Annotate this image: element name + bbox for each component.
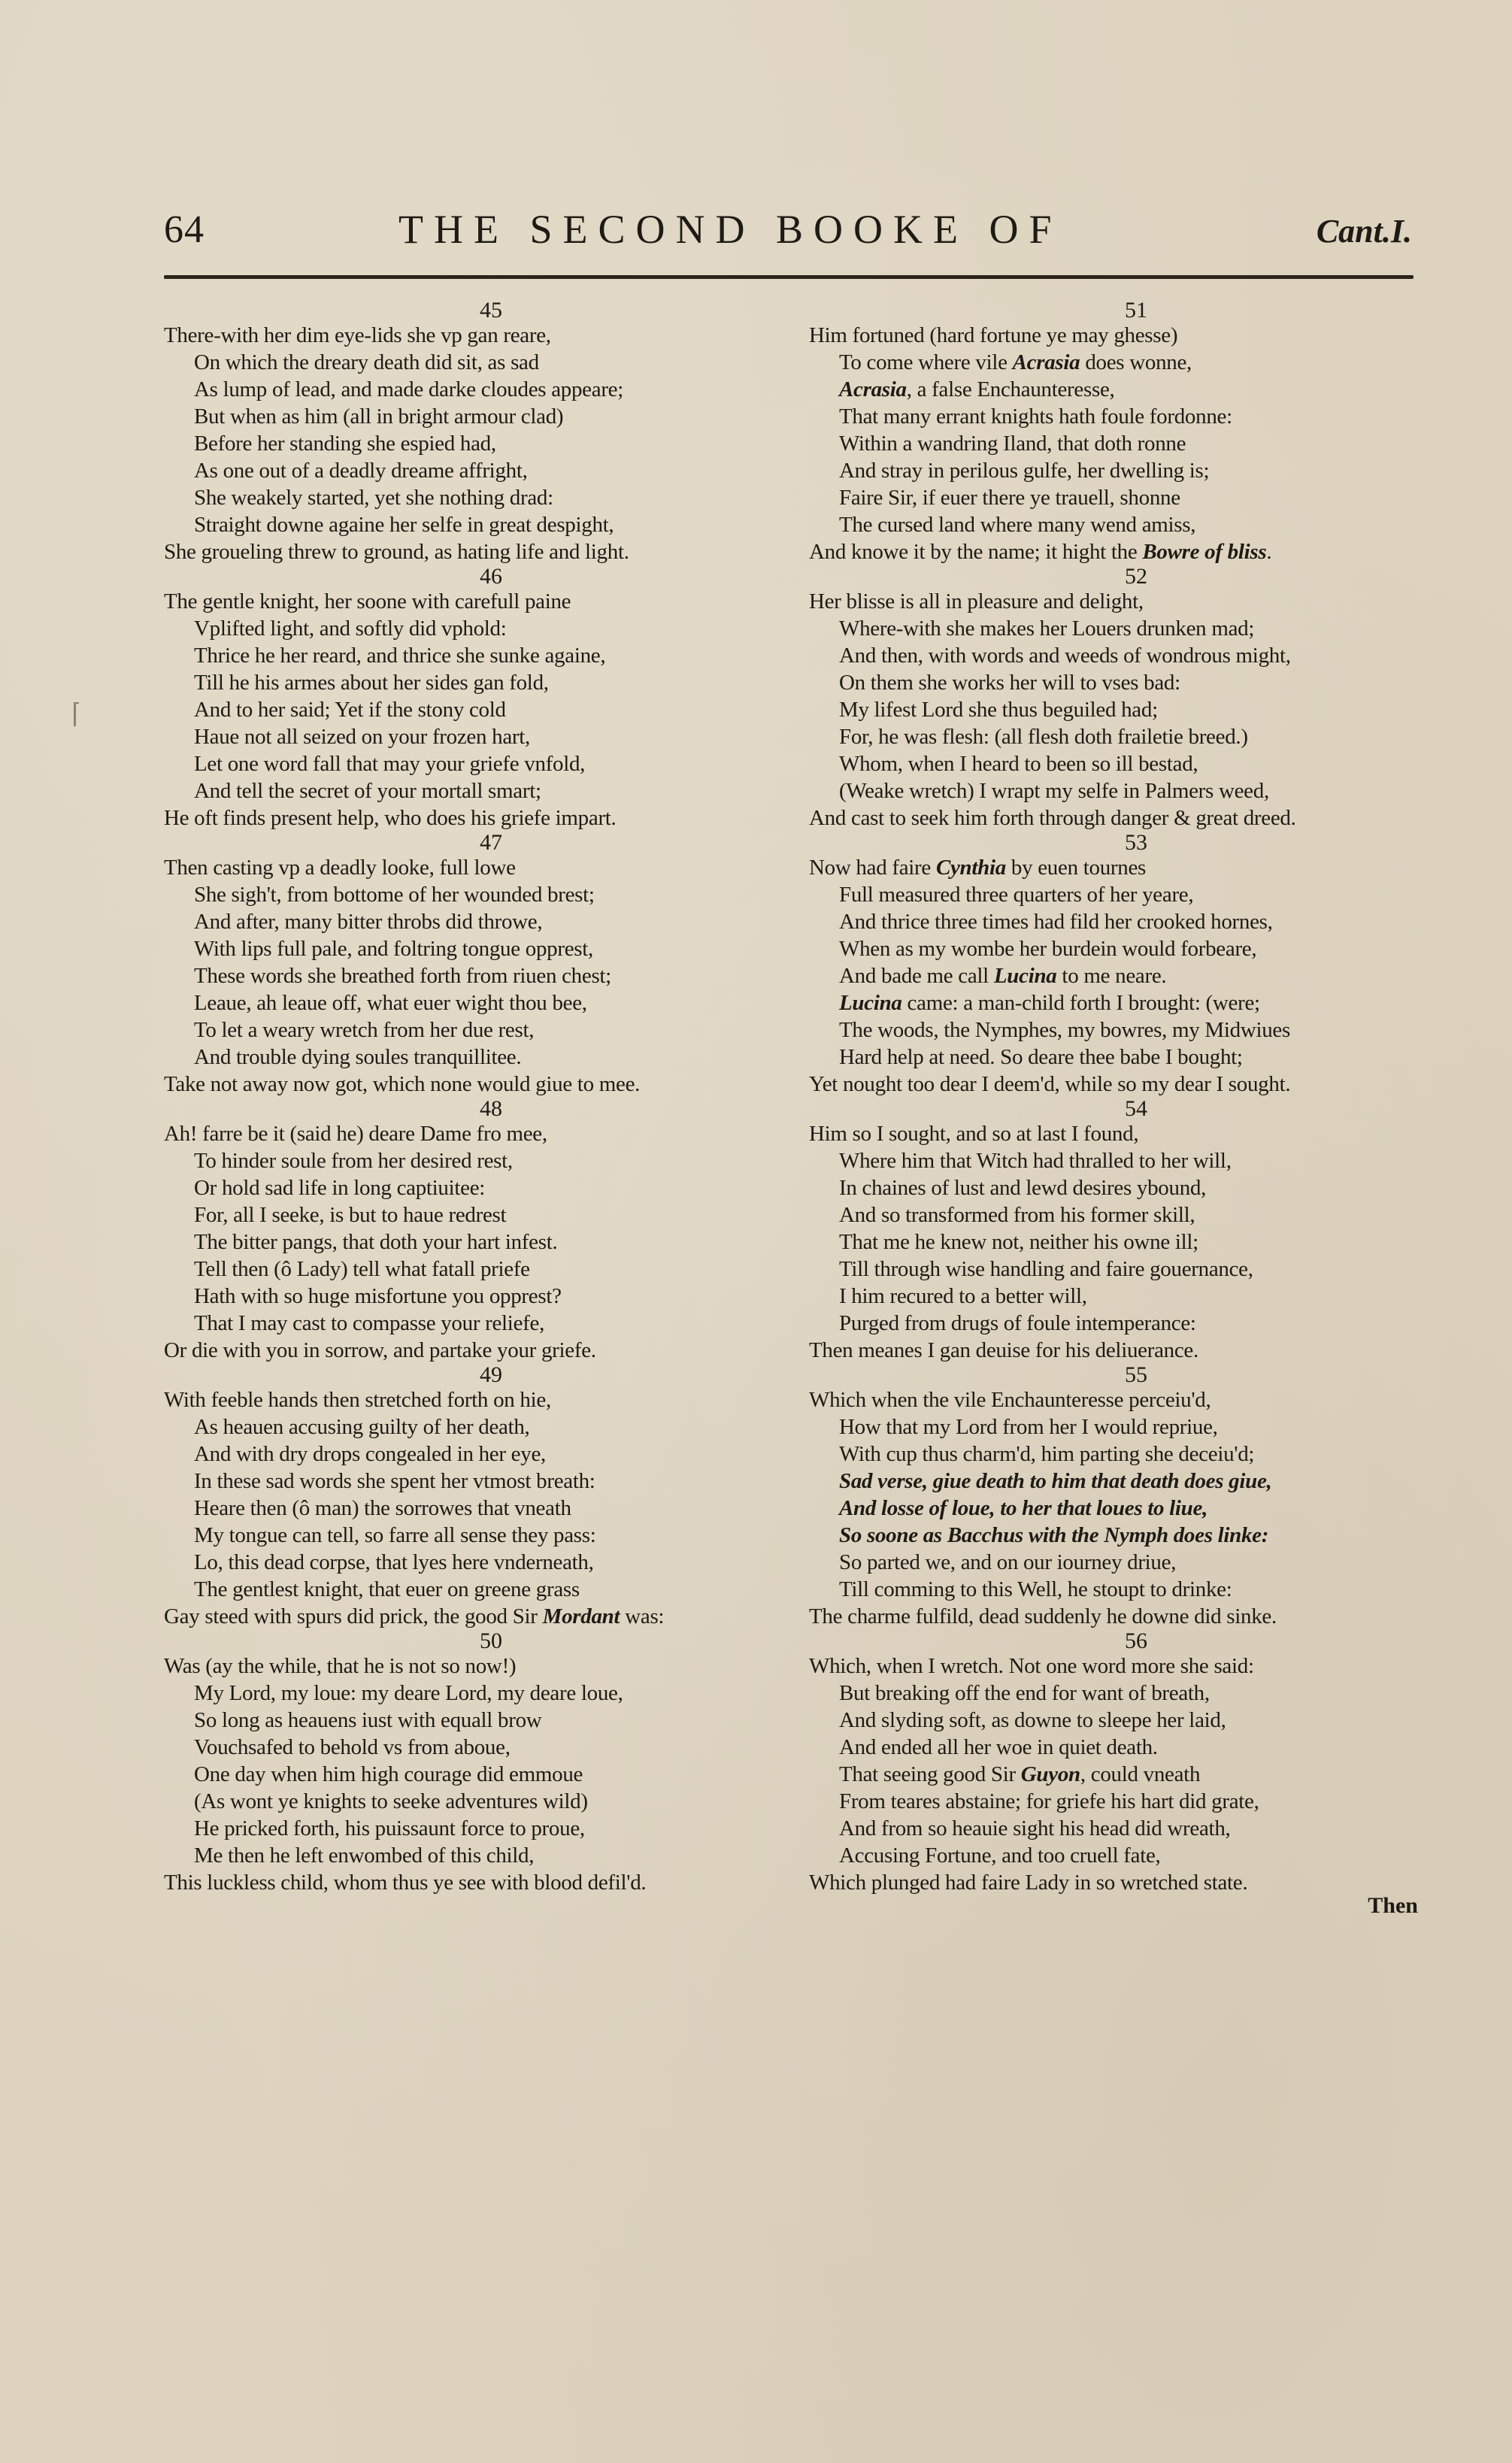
verse-line: And so transformed from his former skill… [809,1201,1433,1228]
verse-line: Was (ay the while, that he is not so now… [164,1653,788,1680]
verse-line: As lump of lead, and made darke cloudes … [164,376,788,403]
verse-line: Before her standing she espied had, [164,430,788,457]
verse-line: As one out of a deadly dreame affright, [164,457,788,484]
stanza: 54Him so I sought, and so at last I foun… [809,1098,1433,1364]
verse-line: Which plunged had faire Lady in so wretc… [809,1869,1433,1896]
verse-line: That seeing good Sir Guyon, could vneath [809,1761,1433,1788]
verse-line: And from so heauie sight his head did wr… [809,1815,1433,1842]
stanza: 47Then casting vp a deadly looke, full l… [164,832,788,1098]
stanza-number: 48 [164,1098,788,1120]
verse-line: And thrice three times had fild her croo… [809,908,1433,935]
verse-line: Him so I sought, and so at last I found, [809,1120,1433,1147]
margin-bracket-mark [74,702,79,726]
verse-line: Leaue, ah leaue off, what euer wight tho… [164,989,788,1016]
verse-line: Till through wise handling and faire gou… [809,1256,1433,1283]
italic-name: Lucina [839,991,902,1015]
verse-line: The cursed land where many wend amiss, [809,511,1433,538]
verse-line: And cast to seek him forth through dange… [809,804,1433,832]
running-head: 64 THE SECOND BOOKE OF Cant.I. [164,201,1412,262]
verse-line: That me he knew not, neither his owne il… [809,1228,1433,1256]
verse-line: (Weake wretch) I wrapt my selfe in Palme… [809,777,1433,804]
verse-line: As heauen accusing guilty of her death, [164,1413,788,1441]
verse-line: Heare then (ô man) the sorrowes that vne… [164,1495,788,1522]
verse-line: Whom, when I heard to been so ill bestad… [809,750,1433,777]
verse-line: With feeble hands then stretched forth o… [164,1386,788,1413]
verse-line: The charme fulfild, dead suddenly he dow… [809,1603,1433,1630]
verse-line: For, he was flesh: (all flesh doth frail… [809,723,1433,750]
verse-line: With cup thus charm'd, him parting she d… [809,1441,1433,1468]
stanza: 51Him fortuned (hard fortune ye may ghes… [809,299,1433,565]
verse-line: Take not away now got, which none would … [164,1071,788,1098]
verse-line: Lo, this dead corpse, that lyes here vnd… [164,1549,788,1576]
verse-line: For, all I seeke, is but to haue redrest [164,1201,788,1228]
verse-line: And with dry drops congealed in her eye, [164,1441,788,1468]
stanza: 48Ah! farre be it (said he) deare Dame f… [164,1098,788,1364]
verse-line: With lips full pale, and foltring tongue… [164,935,788,962]
italic-name: Bowre of bliss [1142,540,1266,564]
verse-line: Hath with so huge misfortune you opprest… [164,1283,788,1310]
stanza-number: 47 [164,832,788,854]
italic-name: Mordant [543,1604,620,1628]
italic-name: And losse of loue, to her that loues to … [839,1496,1207,1520]
italic-name: Guyon [1021,1762,1080,1786]
verse-line: On which the dreary death did sit, as sa… [164,349,788,376]
stanza: 52Her blisse is all in pleasure and deli… [809,565,1433,832]
verse-line: So soone as Bacchus with the Nymph does … [809,1522,1433,1549]
verse-line: Hard help at need. So deare thee babe I … [809,1044,1433,1071]
stanza: 50Was (ay the while, that he is not so n… [164,1630,788,1896]
verse-line: Vouchsafed to behold vs from aboue, [164,1734,788,1761]
header-rule [164,275,1414,279]
verse-line: She sigh't, from bottome of her wounded … [164,881,788,908]
verse-line: Where him that Witch had thralled to her… [809,1147,1433,1174]
verse-line: My lifest Lord she thus beguiled had; [809,696,1433,723]
verse-line: Now had faire Cynthia by euen tournes [809,854,1433,881]
verse-line: Him fortuned (hard fortune ye may ghesse… [809,322,1433,349]
verse-line: Faire Sir, if euer there ye trauell, sho… [809,484,1433,511]
italic-name: Acrasia [839,377,907,401]
stanza: 55Which when the vile Enchaunteresse per… [809,1364,1433,1630]
verse-line: And tell the secret of your mortall smar… [164,777,788,804]
verse-line: Full measured three quarters of her year… [809,881,1433,908]
canto-label: Cant.I. [1317,212,1412,250]
verse-line: There-with her dim eye-lids she vp gan r… [164,322,788,349]
stanza: 56Which, when I wretch. Not one word mor… [809,1630,1433,1896]
verse-line: She weakely started, yet she nothing dra… [164,484,788,511]
verse-line: Acrasia, a false Enchaunteresse, [809,376,1433,403]
verse-line: Lucina came: a man-child forth I brought… [809,989,1433,1016]
italic-name: So soone as Bacchus with the Nymph does … [839,1523,1268,1547]
stanza: 45There-with her dim eye-lids she vp gan… [164,299,788,565]
verse-line: He pricked forth, his puissaunt force to… [164,1815,788,1842]
left-column: 45There-with her dim eye-lids she vp gan… [164,299,788,1896]
page-number: 64 [164,208,205,252]
stanza-number: 54 [809,1098,1433,1120]
verse-line: To let a weary wretch from her due rest, [164,1016,788,1044]
stanza: 46The gentle knight, her soone with care… [164,565,788,832]
verse-line: Till he his armes about her sides gan fo… [164,669,788,696]
italic-name: Cynthia [936,856,1006,880]
verse-line: Then meanes I gan deuise for his deliuer… [809,1337,1433,1364]
right-column: 51Him fortuned (hard fortune ye may ghes… [809,299,1433,1919]
verse-line: I him recured to a better will, [809,1283,1433,1310]
verse-line: The bitter pangs, that doth your hart in… [164,1228,788,1256]
verse-line: The gentle knight, her soone with carefu… [164,588,788,615]
verse-line: That I may cast to compasse your reliefe… [164,1310,788,1337]
verse-line: Ah! farre be it (said he) deare Dame fro… [164,1120,788,1147]
catchword: Then [809,1893,1433,1919]
verse-line: Straight downe againe her selfe in great… [164,511,788,538]
verse-line: Then casting vp a deadly looke, full low… [164,854,788,881]
running-title: THE SECOND BOOKE OF [398,206,1062,253]
verse-line: Within a wandring Iland, that doth ronne [809,430,1433,457]
verse-line: These words she breathed forth from riue… [164,962,788,989]
verse-line: She groueling threw to ground, as hating… [164,538,788,565]
verse-line: But when as him (all in bright armour cl… [164,403,788,430]
stanza-number: 45 [164,299,788,322]
verse-line: My Lord, my loue: my deare Lord, my dear… [164,1680,788,1707]
verse-line: That many errant knights hath foule ford… [809,403,1433,430]
italic-name: Acrasia [1013,350,1080,374]
verse-line: So parted we, and on our iourney driue, [809,1549,1433,1576]
verse-line: And slyding soft, as downe to sleepe her… [809,1707,1433,1734]
verse-line: And bade me call Lucina to me neare. [809,962,1433,989]
stanza-number: 56 [809,1630,1433,1653]
verse-line: And losse of loue, to her that loues to … [809,1495,1433,1522]
stanza: 53Now had faire Cynthia by euen tournesF… [809,832,1433,1098]
verse-line: And knowe it by the name; it hight the B… [809,538,1433,565]
verse-line: But breaking off the end for want of bre… [809,1680,1433,1707]
stanza-number: 46 [164,565,788,588]
verse-line: In these sad words she spent her vtmost … [164,1468,788,1495]
verse-line: Yet nought too dear I deem'd, while so m… [809,1071,1433,1098]
verse-line: When as my wombe her burdein would forbe… [809,935,1433,962]
stanza-number: 55 [809,1364,1433,1386]
verse-line: And trouble dying soules tranquillitee. [164,1044,788,1071]
verse-line: Thrice he her reard, and thrice she sunk… [164,642,788,669]
verse-line: Or hold sad life in long captiuitee: [164,1174,788,1201]
verse-line: My tongue can tell, so farre all sense t… [164,1522,788,1549]
verse-line: This luckless child, whom thus ye see wi… [164,1869,788,1896]
verse-line: Which when the vile Enchaunteresse perce… [809,1386,1433,1413]
verse-line: Tell then (ô Lady) tell what fatall prie… [164,1256,788,1283]
verse-line: Vplifted light, and softly did vphold: [164,615,788,642]
stanza-number: 51 [809,299,1433,322]
verse-line: And stray in perilous gulfe, her dwellin… [809,457,1433,484]
verse-line: Let one word fall that may your griefe v… [164,750,788,777]
verse-line: Till comming to this Well, he stoupt to … [809,1576,1433,1603]
verse-line: Gay steed with spurs did prick, the good… [164,1603,788,1630]
verse-line: Accusing Fortune, and too cruell fate, [809,1842,1433,1869]
verse-line: And after, many bitter throbs did throwe… [164,908,788,935]
verse-line: The gentlest knight, that euer on greene… [164,1576,788,1603]
verse-line: In chaines of lust and lewd desires ybou… [809,1174,1433,1201]
verse-line: Or die with you in sorrow, and partake y… [164,1337,788,1364]
verse-line: One day when him high courage did emmoue [164,1761,788,1788]
verse-line: To hinder soule from her desired rest, [164,1147,788,1174]
verse-line: And to her said; Yet if the stony cold [164,696,788,723]
verse-line: Which, when I wretch. Not one word more … [809,1653,1433,1680]
verse-line: Sad verse, giue death to him that death … [809,1468,1433,1495]
stanza-number: 52 [809,565,1433,588]
verse-line: And ended all her woe in quiet death. [809,1734,1433,1761]
stanza: 49With feeble hands then stretched forth… [164,1364,788,1630]
verse-line: To come where vile Acrasia does wonne, [809,349,1433,376]
italic-name: Lucina [994,964,1057,988]
verse-line: Haue not all seized on your frozen hart, [164,723,788,750]
verse-line: So long as heauens iust with equall brow [164,1707,788,1734]
verse-line: He oft finds present help, who does his … [164,804,788,832]
verse-line: (As wont ye knights to seeke adventures … [164,1788,788,1815]
verse-line: How that my Lord from her I would repriu… [809,1413,1433,1441]
italic-name: Sad verse, giue death to him that death … [839,1469,1272,1493]
verse-line: Her blisse is all in pleasure and deligh… [809,588,1433,615]
stanza-number: 49 [164,1364,788,1386]
verse-line: Where-with she makes her Louers drunken … [809,615,1433,642]
verse-line: Me then he left enwombed of this child, [164,1842,788,1869]
book-page: 64 THE SECOND BOOKE OF Cant.I. 45There-w… [0,0,1512,2463]
verse-line: Purged from drugs of foule intemperance: [809,1310,1433,1337]
stanza-number: 50 [164,1630,788,1653]
verse-line: From teares abstaine; for griefe his har… [809,1788,1433,1815]
stanza-number: 53 [809,832,1433,854]
verse-line: The woods, the Nymphes, my bowres, my Mi… [809,1016,1433,1044]
verse-line: On them she works her will to vses bad: [809,669,1433,696]
verse-line: And then, with words and weeds of wondro… [809,642,1433,669]
